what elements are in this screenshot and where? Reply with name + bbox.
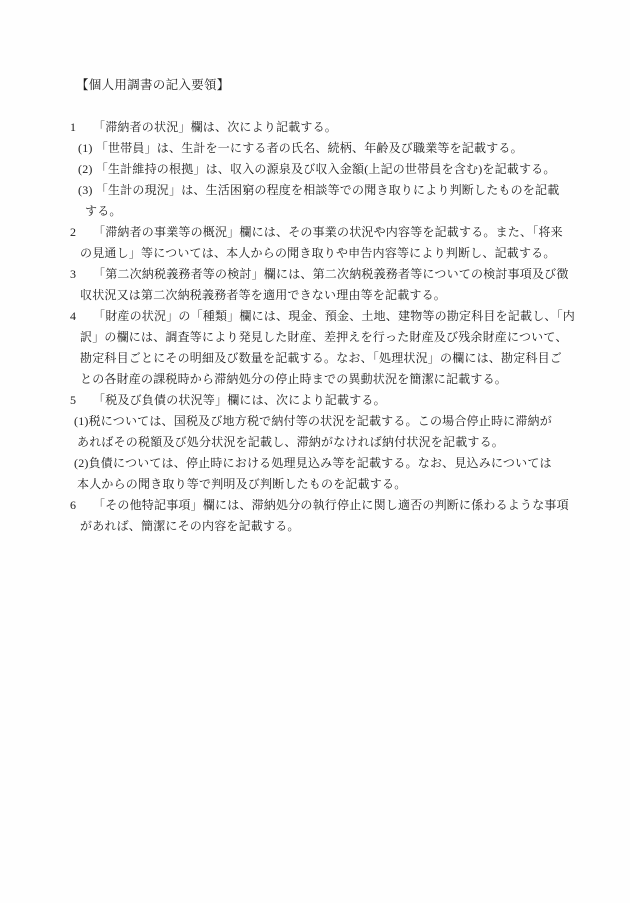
line-text: (2) 「生計維持の根拠」は、収入の源泉及び収入金額(上記の世帯員を含む)を記載… [78, 159, 562, 180]
item-number: 6 [70, 495, 93, 516]
item-4-line: 4 「財産の状況」の「種類」欄には、現金、預金、土地、建物等の勘定科目を記載し、… [70, 306, 562, 327]
item-5-sub-2-cont: 本人からの聞き取り等で判明及び判断したものを記載する。 [70, 474, 562, 495]
item-1-sub-1: (1) 「世帯員」は、生計を一にする者の氏名、続柄、年齢及び職業等を記載する。 [70, 138, 562, 159]
line-text: 「第二次納税義務者等の検討」欄には、第二次納税義務者等についての検討事項及び徴 [93, 264, 569, 285]
line-text: 訳」の欄には、調査等により発見した財産、差押えを行った財産及び残余財産について、 [80, 327, 568, 348]
item-1-line: 1 「滞納者の状況」欄は、次により記載する。 [70, 117, 562, 138]
item-4-cont-1: 訳」の欄には、調査等により発見した財産、差押えを行った財産及び残余財産について、 [70, 327, 562, 348]
line-text: 本人からの聞き取り等で判明及び判断したものを記載する。 [77, 474, 562, 495]
line-text: 「税及び負債の状況等」欄には、次により記載する。 [93, 390, 562, 411]
document-title: 【個人用調書の記入要領】 [76, 75, 562, 96]
line-text: 「その他特記事項」欄には、滞納処分の執行停止に関し適否の判断に係わるような事項 [93, 495, 569, 516]
line-text: 「財産の状況」の「種類」欄には、現金、預金、土地、建物等の勘定科目を記載し、「内 [93, 306, 575, 327]
item-number: 3 [70, 264, 93, 285]
line-text: 収状況又は第二次納税義務者等を適用できない理由等を記載する。 [80, 285, 562, 306]
item-5-line: 5 「税及び負債の状況等」欄には、次により記載する。 [70, 390, 562, 411]
item-number: 4 [70, 306, 93, 327]
item-6-line: 6 「その他特記事項」欄には、滞納処分の執行停止に関し適否の判断に係わるような事… [70, 495, 562, 516]
item-1-sub-3: (3) 「生計の現況」は、生活困窮の程度を相談等での聞き取りにより判断したものを… [70, 180, 562, 201]
item-5-sub-1-cont: あればその税額及び処分状況を記載し、滞納がなければ納付状況を記載する。 [70, 432, 562, 453]
line-text: 「滞納者の事業等の概況」欄には、その事業の状況や内容等を記載する。また、「将来 [93, 222, 563, 243]
item-1-sub-2: (2) 「生計維持の根拠」は、収入の源泉及び収入金額(上記の世帯員を含む)を記載… [70, 159, 562, 180]
line-text: があれば、簡潔にその内容を記載する。 [80, 516, 562, 537]
line-text: 勘定科目ごとにその明細及び数量を記載する。なお、「処理状況」の欄には、勘定科目ご [80, 348, 562, 369]
item-number: 5 [70, 390, 93, 411]
document-page: 【個人用調書の記入要領】 1 「滞納者の状況」欄は、次により記載する。 (1) … [0, 0, 630, 903]
item-3-cont: 収状況又は第二次納税義務者等を適用できない理由等を記載する。 [70, 285, 562, 306]
item-5-sub-2: (2)負債については、停止時における処理見込み等を記載する。なお、見込みについて… [70, 453, 562, 474]
line-text: (1)税については、国税及び地方税で納付等の状況を記載する。この場合停止時に滞納… [74, 411, 562, 432]
item-5-sub-1: (1)税については、国税及び地方税で納付等の状況を記載する。この場合停止時に滞納… [70, 411, 562, 432]
line-text: (1) 「世帯員」は、生計を一にする者の氏名、続柄、年齢及び職業等を記載する。 [78, 138, 562, 159]
item-4-cont-3: との各財産の課税時から滞納処分の停止時までの異動状況を簡潔に記載する。 [70, 369, 562, 390]
line-text: する。 [85, 201, 562, 222]
item-4-cont-2: 勘定科目ごとにその明細及び数量を記載する。なお、「処理状況」の欄には、勘定科目ご [70, 348, 562, 369]
item-6-cont: があれば、簡潔にその内容を記載する。 [70, 516, 562, 537]
line-text: の見通し」等については、本人からの聞き取りや申告内容等により判断し、記載する。 [80, 243, 562, 264]
item-2-line: 2 「滞納者の事業等の概況」欄には、その事業の状況や内容等を記載する。また、「将… [70, 222, 562, 243]
title-spacer [70, 96, 562, 117]
line-text: あればその税額及び処分状況を記載し、滞納がなければ納付状況を記載する。 [77, 432, 562, 453]
line-text: との各財産の課税時から滞納処分の停止時までの異動状況を簡潔に記載する。 [80, 369, 562, 390]
line-text: 「滞納者の状況」欄は、次により記載する。 [93, 117, 562, 138]
item-number: 2 [70, 222, 93, 243]
line-text: (3) 「生計の現況」は、生活困窮の程度を相談等での聞き取りにより判断したものを… [78, 180, 562, 201]
item-number: 1 [70, 117, 93, 138]
item-3-line: 3 「第二次納税義務者等の検討」欄には、第二次納税義務者等についての検討事項及び… [70, 264, 562, 285]
line-text: (2)負債については、停止時における処理見込み等を記載する。なお、見込みについて… [74, 453, 562, 474]
item-1-sub-3-cont: する。 [70, 201, 562, 222]
item-2-cont: の見通し」等については、本人からの聞き取りや申告内容等により判断し、記載する。 [70, 243, 562, 264]
